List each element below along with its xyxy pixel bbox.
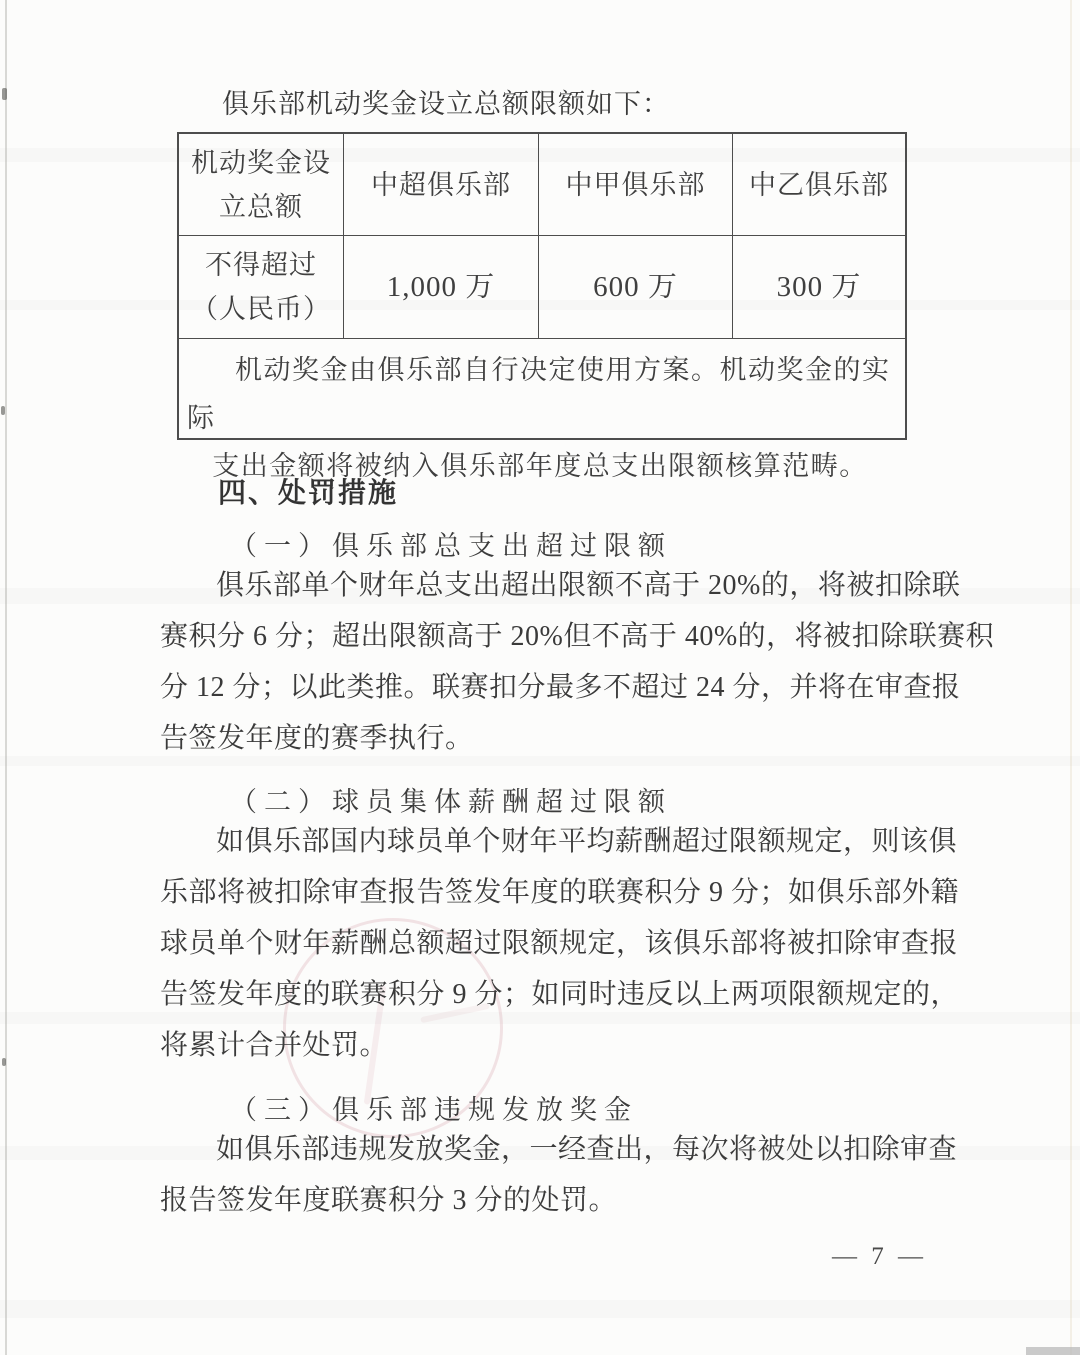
table-note-line1: 机动奖金由俱乐部自行决定使用方案。机动奖金的实际 <box>187 346 893 442</box>
subsection-1-title: （一）俱乐部总支出超过限额 <box>230 524 672 563</box>
page-number: — 7 — <box>832 1243 927 1271</box>
subsection-3-paragraph: 如俱乐部违规发放奖金，一经查出，每次将被处以扣除审查 报告签发年度联赛积分 3 … <box>160 1124 960 1226</box>
subsection-3-title: （三）俱乐部违规发放奖金 <box>230 1088 638 1127</box>
table-value-league-one: 600 万 <box>539 236 733 339</box>
subsection-2-title: （二）球员集体薪酬超过限额 <box>230 780 672 819</box>
scan-speck <box>2 88 7 100</box>
paragraph-line: 告签发年度的赛季执行。 <box>160 713 960 764</box>
table-header-league-two: 中乙俱乐部 <box>733 134 905 236</box>
table-row-label: 不得超过 （人民币） <box>179 236 344 339</box>
paragraph-line: 告签发年度的联赛积分 9 分；如同时违反以上两项限额规定的， <box>160 969 960 1020</box>
paragraph-line: 球员单个财年薪酬总额超过限额规定，该俱乐部将被扣除审查报 <box>160 918 960 969</box>
intro-sentence: 俱乐部机动奖金设立总额限额如下： <box>222 82 670 121</box>
row-label-line1: 不得超过 <box>205 243 317 287</box>
document-page: 俱乐部机动奖金设立总额限额如下： 机动奖金设 立总额 中超俱乐部 中甲俱乐部 中… <box>0 0 1080 1355</box>
table-header-row-label: 机动奖金设 立总额 <box>179 134 344 236</box>
header-label-line1: 机动奖金设 <box>191 141 331 185</box>
scan-speck <box>2 1058 6 1066</box>
paragraph-line: 赛积分 6 分；超出限额高于 20%但不高于 40%的，将被扣除联赛积 <box>160 611 960 662</box>
paragraph-line: 将累计合并处罚。 <box>160 1020 960 1071</box>
league-two-limit-value: 300 万 <box>777 265 862 309</box>
scan-corner-mark <box>1026 1347 1080 1355</box>
scan-right-edge <box>1070 0 1072 1355</box>
paragraph-line: 乐部将被扣除审查报告签发年度的联赛积分 9 分；如俱乐部外籍 <box>160 867 960 918</box>
paragraph-line: 报告签发年度联赛积分 3 分的处罚。 <box>160 1175 960 1226</box>
paragraph-line: 俱乐部单个财年总支出超出限额不高于 20%的，将被扣除联 <box>160 560 960 611</box>
paragraph-line: 分 12 分；以此类推。联赛扣分最多不超过 24 分，并将在审查报 <box>160 662 960 713</box>
csl-limit-value: 1,000 万 <box>387 265 496 309</box>
scan-left-edge <box>5 0 7 1355</box>
scan-band <box>0 1300 1080 1318</box>
subsection-1-paragraph: 俱乐部单个财年总支出超出限额不高于 20%的，将被扣除联 赛积分 6 分；超出限… <box>160 560 960 764</box>
section-heading-penalties: 四、处罚措施 <box>218 471 398 511</box>
bonus-limit-table: 机动奖金设 立总额 中超俱乐部 中甲俱乐部 中乙俱乐部 不得超过 （人民币） 1… <box>177 132 907 440</box>
league-one-limit-value: 600 万 <box>593 265 678 309</box>
table-value-league-two: 300 万 <box>733 236 905 339</box>
scan-speck <box>1 406 5 415</box>
paragraph-line: 如俱乐部国内球员单个财年平均薪酬超过限额规定，则该俱 <box>160 816 960 867</box>
table-header-league-one: 中甲俱乐部 <box>539 134 733 236</box>
row-label-line2: （人民币） <box>191 287 331 331</box>
table-header-csl: 中超俱乐部 <box>344 134 539 236</box>
paragraph-line: 如俱乐部违规发放奖金，一经查出，每次将被处以扣除审查 <box>160 1124 960 1175</box>
table-note: 机动奖金由俱乐部自行决定使用方案。机动奖金的实际 支出金额将被纳入俱乐部年度总支… <box>179 339 905 490</box>
header-label-line2: 立总额 <box>219 185 303 229</box>
table-value-csl: 1,000 万 <box>344 236 539 339</box>
subsection-2-paragraph: 如俱乐部国内球员单个财年平均薪酬超过限额规定，则该俱 乐部将被扣除审查报告签发年… <box>160 816 960 1071</box>
